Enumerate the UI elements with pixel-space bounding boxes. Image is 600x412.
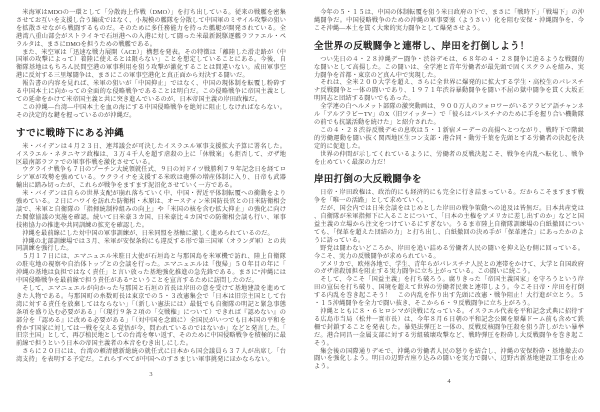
page-content: 今年の５・１５は、中国の体制転覆を狙う米日政府の下で、まさに「戦時下」「戦場下」… <box>314 9 584 371</box>
page-content: 米海軍はMDOの一環として「分散海上作戦（DMO）」を打ち出している。従来の戦艦… <box>16 9 286 364</box>
body-paragraph: さらに２０日には、台湾の頼清徳新総統の就任式に日本から国会議員ら３７人が出席し「… <box>16 348 286 364</box>
body-paragraph: 米海軍はMDOの一環として「分散海上作戦（DMO）」を打ち出している。従来の戦艦… <box>16 9 286 49</box>
body-paragraph: ウクライナ戦争も７日のプーチン大統領就任式、９日の対ドイツ戦勝利７９年記念日を経… <box>16 166 286 190</box>
body-paragraph: 集会後の国際通りデモで、沖縄の労働者人民の怒りを結合し、沖縄の安保粉砕・基地撤去… <box>314 348 584 372</box>
body-paragraph: 沖縄とともに８・６ヒロシマが決戦になっている。イスラエル代表を平和記念式典に招待… <box>314 308 584 348</box>
body-paragraph: そして、エマニュエルが向かった与那国と石垣の首長は岸田の意を受けて基地建設を進め… <box>16 285 286 348</box>
body-paragraph: 米・バイデンは自らの世界支配が崩れ落ちていく中、中国・習近平体制転覆への衝動をよ… <box>16 190 286 230</box>
body-paragraph: つい先日の４・２８沖縄デー闘争・渋谷デモは、６８年の４・２８闘争に迫るような戦闘… <box>314 56 584 80</box>
section-heading: すでに戦時下にある沖縄 <box>16 128 286 139</box>
body-paragraph: 野党は闘わないどころか、岸田を追い詰める労働者人民の闘いを抑え込む側に回っている… <box>314 245 584 261</box>
body-paragraph: 日帝・岸田政権は、政治的にも経済的にも完全に行き詰まっている。だからこそますます… <box>314 189 584 205</box>
page-number: 4 <box>314 378 584 385</box>
body-paragraph: 沖縄の北部訓練場では３月、米軍が安保条約にも違反する形で第三国軍（オランダ軍）と… <box>16 238 286 254</box>
body-paragraph: そして、今こそ「国益主義」を打ち破ろう。腐りきった「帝国主義国家」を守ろうという… <box>314 276 584 308</box>
body-paragraph: ５月１７日には、エマニュエル米駐日大使が石垣島と与那国島を米軍機で訪れ、陸上自衛… <box>16 253 286 285</box>
body-paragraph: だが、国会内では日米会談をはじめとした岸田の戦争策動への追及は皆無だ。日本共産党… <box>314 205 584 245</box>
page-left: 米海軍はMDOの一環として「分散海上作戦（DMO）」を打ち出している。従来の戦艦… <box>0 0 300 412</box>
body-paragraph: この沖縄―台湾―中国本土を血の海にする中国侵略戦争を絶対に阻止しなければならない… <box>16 104 286 120</box>
page-right: 今年の５・１５は、中国の体制転覆を狙う米日政府の下で、まさに「戦時下」「戦場下」… <box>300 0 600 412</box>
body-paragraph: この４・２８渋谷反戦デモの息吹は５・１新宿メーデーの高揚へとつながり、戦時下で階… <box>314 127 584 151</box>
body-paragraph: 米・バイデンは４月２３日、連邦議会が可決したイスラエル軍事支援拡大予算に署名した… <box>16 143 286 167</box>
section-heading: 岸田打倒の大反戦闘争を <box>314 174 584 185</box>
document-spread: 米海軍はMDOの一環として「分散海上作戦（DMO）」を打ち出している。従来の戦艦… <box>0 0 600 412</box>
page-number: 3 <box>16 371 286 378</box>
body-paragraph: 報告書の内容を見れば、米軍の狙いが「中国抑止」ではなく、中国の現体制を転覆し粉砕… <box>16 80 286 104</box>
body-paragraph: アメリカで、欧州各地で、学生、青年らがパレスチナ人民との連帯をかけて、大学と自国… <box>314 261 584 277</box>
body-paragraph: 今年の５・１５は、中国の体制転覆を狙う米日政府の下で、まさに「戦時下」「戦場下」… <box>314 9 584 33</box>
body-paragraph: 世界の仲間が示してくれているように、労働者の反戦決起こそ、戦争を内乱へ転化し、戦… <box>314 151 584 167</box>
section-heading: 全世界の反戦闘争と連帯し、岸田を打倒しよう！ <box>314 41 584 52</box>
body-paragraph: また、米空軍は「迅速な戦力展開（ACE）」構想を発表。その特徴は「離陸した滑走路… <box>16 49 286 81</box>
body-paragraph: 沖縄を最前線にした対中国の軍事訓練が、日米同盟を基軸に激しく進められているのだ。 <box>16 230 286 238</box>
body-paragraph: それは、全米２００大学を超え、さらに全世界に爆発的に拡大する学生・高校生のパレス… <box>314 79 584 103</box>
body-paragraph: 全学連の白ヘルメット部隊の激突動画は、９００万人のフォロワーがいるアラビア語チャ… <box>314 103 584 127</box>
